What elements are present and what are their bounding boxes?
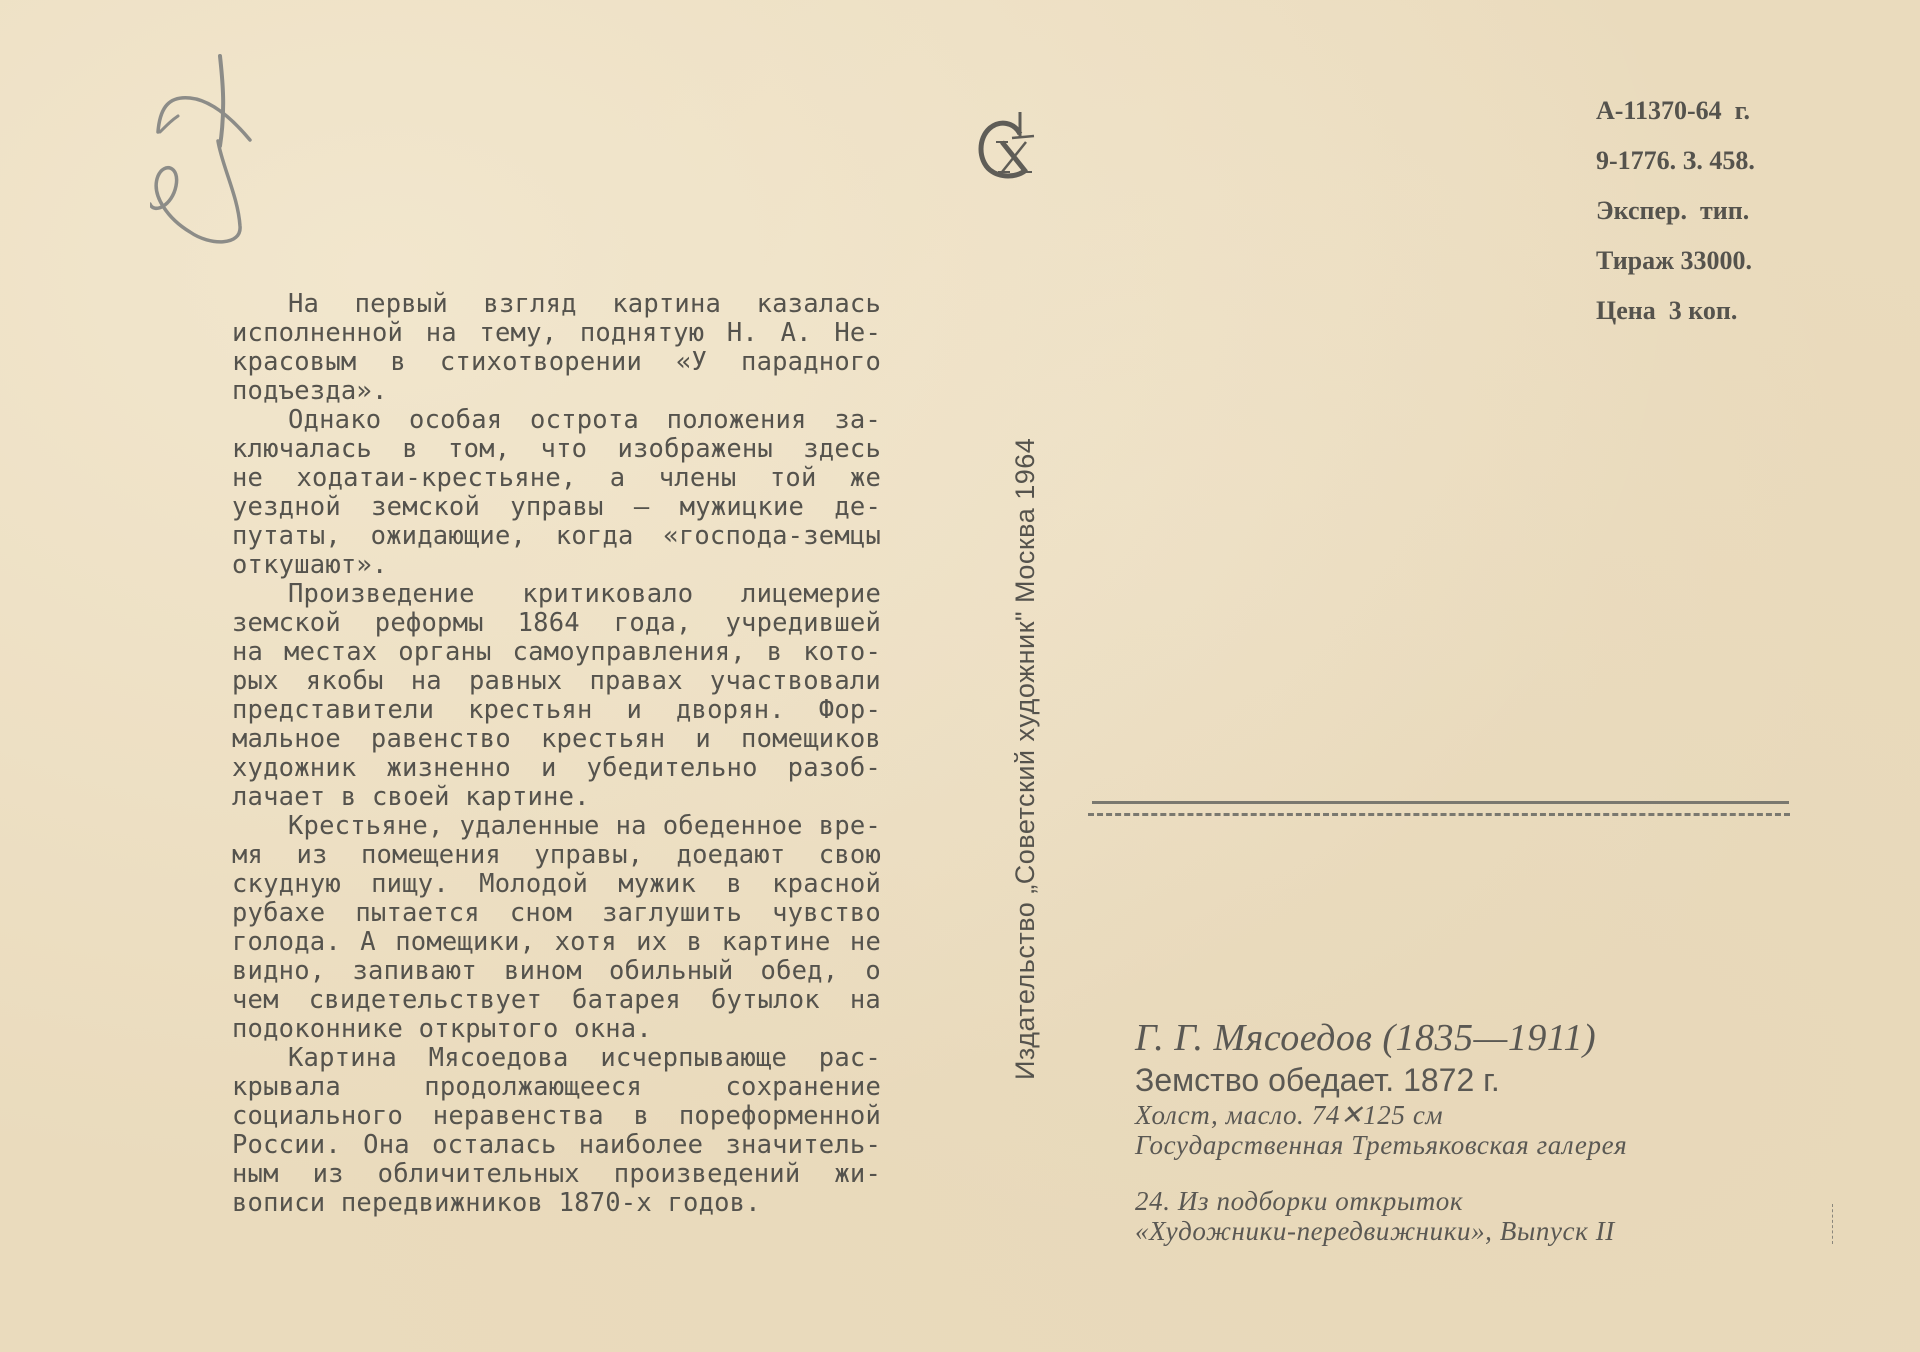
address-line-dashed [1088, 813, 1790, 816]
text-line: ключалась в том, что изображены здесь [176, 435, 881, 464]
text-line: представители крестьян и дворян. Фор- [176, 696, 881, 725]
paragraph-1: На первый взгляд картина казалась исполн… [176, 290, 881, 406]
address-line-solid [1092, 801, 1789, 804]
text-line: рых якобы на равных правах участвовали [176, 667, 881, 696]
text-line: красовым в стихотворении «У парадного [176, 348, 881, 377]
text-line: рубахе пытается сном заглушить чувство [176, 899, 881, 928]
edge-tick-mark [1832, 1204, 1834, 1244]
text-line: На первый взгляд картина казалась [176, 290, 881, 319]
description-text: На первый взгляд картина казалась исполн… [176, 290, 881, 1218]
print-details: А-11370-64 г. 9-1776. З. 458. Экспер. ти… [1596, 86, 1755, 336]
handwritten-number-mark [150, 36, 310, 256]
series-title: «Художники-передвижники», Выпуск II [1135, 1216, 1627, 1246]
paragraph-2: Однако особая острота положения за- ключ… [176, 406, 881, 580]
text-line: Картина Мясоедова исчерпывающе рас- [176, 1044, 881, 1073]
text-line: подоконнике открытого окна. [176, 1015, 881, 1044]
printing-house: Экспер. тип. [1596, 186, 1755, 236]
order-code: 9-1776. З. 458. [1596, 136, 1755, 186]
publisher-logo-icon [968, 108, 1048, 188]
text-line: вописи передвижников 1870-х годов. [176, 1189, 881, 1218]
text-line: откушают». [176, 551, 881, 580]
publisher-imprint-vertical: Издательство „Советский художник" Москва… [1010, 220, 1041, 1080]
text-line: России. Она осталась наиболее значитель- [176, 1131, 881, 1160]
price: Цена 3 коп. [1596, 286, 1755, 336]
artwork-caption: Г. Г. Мясоедов (1835—1911) Земство обеда… [1135, 1016, 1627, 1246]
print-run: Тираж 33000. [1596, 236, 1755, 286]
text-line: крывала продолжающееся сохранение [176, 1073, 881, 1102]
artwork-title: Земство обедает. 1872 г. [1135, 1060, 1627, 1100]
artist-name: Г. Г. Мясоедов (1835—1911) [1135, 1016, 1627, 1060]
text-line: подъезда». [176, 377, 881, 406]
postcard-back: На первый взгляд картина казалась исполн… [0, 0, 1920, 1352]
text-line: земской реформы 1864 года, учредившей [176, 609, 881, 638]
text-line: художник жизненно и убедительно разоб- [176, 754, 881, 783]
text-line: Однако особая острота положения за- [176, 406, 881, 435]
text-line: видно, запивают вином обильный обед, о [176, 957, 881, 986]
text-line: исполненной на тему, поднятую Н. А. Не- [176, 319, 881, 348]
artwork-medium: Холст, масло. 74✕125 см [1135, 1100, 1627, 1130]
text-line: мальное равенство крестьян и помещиков [176, 725, 881, 754]
text-line: голода. А помещики, хотя их в картине не [176, 928, 881, 957]
text-line: лачает в своей картине. [176, 783, 881, 812]
text-line: не ходатаи-крестьяне, а члены той же [176, 464, 881, 493]
text-line: ным из обличительных произведений жи- [176, 1160, 881, 1189]
text-line: путаты, ожидающие, когда «господа-земцы [176, 522, 881, 551]
text-line: Произведение критиковало лицемерие [176, 580, 881, 609]
text-line: скудную пищу. Молодой мужик в красной [176, 870, 881, 899]
paragraph-4: Крестьяне, удаленные на обеденное вре- м… [176, 812, 881, 1044]
series-number: 24. Из подборки открыток [1135, 1186, 1627, 1216]
paragraph-5: Картина Мясоедова исчерпывающе рас- крыв… [176, 1044, 881, 1218]
text-line: на местах органы самоуправления, в кото- [176, 638, 881, 667]
text-line: чем свидетельствует батарея бутылок на [176, 986, 881, 1015]
text-line: Крестьяне, удаленные на обеденное вре- [176, 812, 881, 841]
artwork-gallery: Государственная Третьяковская галерея [1135, 1130, 1627, 1160]
order-number: А-11370-64 г. [1596, 86, 1755, 136]
text-line: мя из помещения управы, доедают свою [176, 841, 881, 870]
paragraph-3: Произведение критиковало лицемерие земск… [176, 580, 881, 812]
text-line: уездной земской управы — мужицкие де- [176, 493, 881, 522]
text-line: социального неравенства в пореформенной [176, 1102, 881, 1131]
